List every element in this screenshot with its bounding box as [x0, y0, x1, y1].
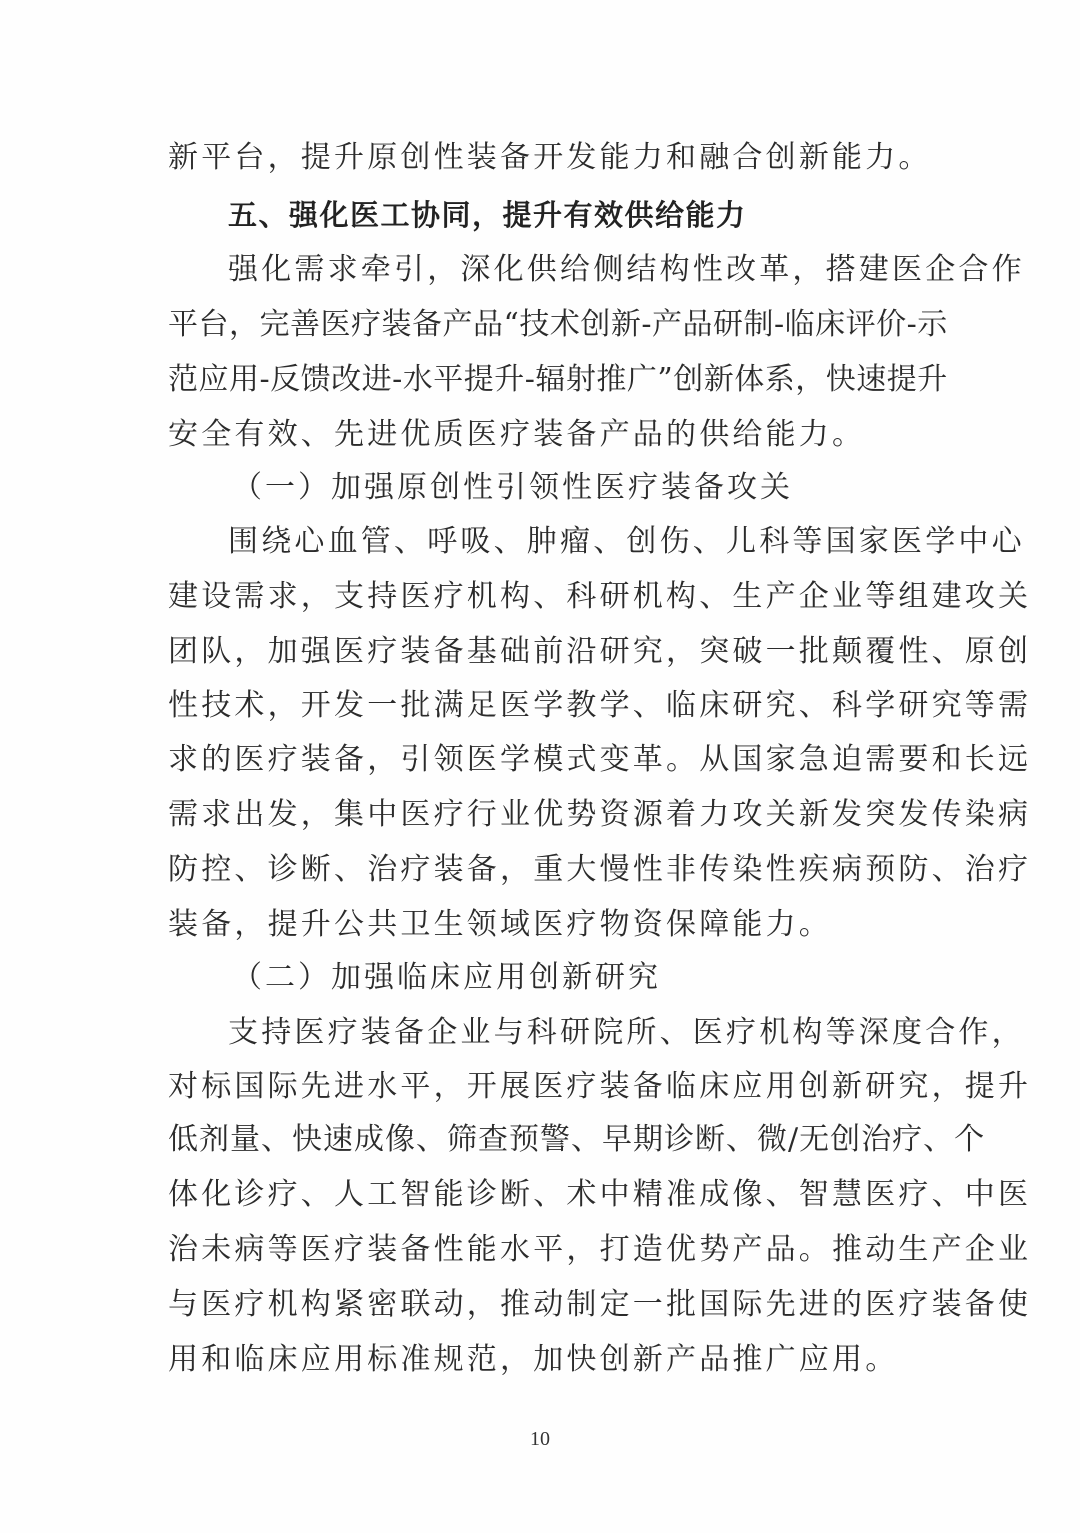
paragraph-line: 强化需求牵引，深化供给侧结构性改革，搭建医企合作 — [228, 250, 928, 290]
paragraph-line: 支持医疗装备企业与科研院所、医疗机构等深度合作， — [228, 1013, 928, 1053]
paragraph-line: 低剂量、快速成像、筛查预警、早期诊断、微/无创治疗、个 — [168, 1120, 928, 1160]
paragraph-line: 新平台，提升原创性装备开发能力和融合创新能力。 — [168, 138, 928, 178]
paragraph-line: 性技术，开发一批满足医学教学、临床研究、科学研究等需 — [168, 686, 928, 726]
paragraph-line: 建设需求，支持医疗机构、科研机构、生产企业等组建攻关 — [168, 577, 928, 617]
subsection-heading: （一）加强原创性引领性医疗装备攻关 — [232, 468, 932, 508]
paragraph-line: 求的医疗装备，引领医学模式变革。从国家急迫需要和长远 — [168, 740, 928, 780]
paragraph-line: 安全有效、先进优质医疗装备产品的供给能力。 — [168, 415, 928, 455]
paragraph-line: 治未病等医疗装备性能水平，打造优势产品。推动生产企业 — [168, 1230, 928, 1270]
subsection-heading: （二）加强临床应用创新研究 — [232, 958, 932, 998]
paragraph-line: 团队，加强医疗装备基础前沿研究，突破一批颠覆性、原创 — [168, 632, 928, 672]
paragraph-line: 用和临床应用标准规范，加快创新产品推广应用。 — [168, 1340, 928, 1380]
paragraph-line: 防控、诊断、治疗装备，重大慢性非传染性疾病预防、治疗 — [168, 850, 928, 890]
paragraph-line: 范应用-反馈改进-水平提升-辐射推广”创新体系，快速提升 — [168, 360, 928, 400]
paragraph-line: 围绕心血管、呼吸、肿瘤、创伤、儿科等国家医学中心 — [228, 522, 928, 562]
paragraph-line: 对标国际先进水平，开展医疗装备临床应用创新研究，提升 — [168, 1067, 928, 1107]
paragraph-line: 装备，提升公共卫生领域医疗物资保障能力。 — [168, 905, 928, 945]
paragraph-line: 与医疗机构紧密联动，推动制定一批国际先进的医疗装备使 — [168, 1285, 928, 1325]
section-heading: 五、强化医工协同，提升有效供给能力 — [228, 195, 928, 235]
paragraph-line: 平台，完善医疗装备产品“技术创新-产品研制-临床评价-示 — [168, 305, 928, 345]
paragraph-line: 体化诊疗、人工智能诊断、术中精准成像、智慧医疗、中医 — [168, 1175, 928, 1215]
document-page: 新平台，提升原创性装备开发能力和融合创新能力。 五、强化医工协同，提升有效供给能… — [0, 0, 1080, 1533]
paragraph-line: 需求出发，集中医疗行业优势资源着力攻关新发突发传染病 — [168, 795, 928, 835]
page-number: 10 — [0, 1428, 1080, 1451]
